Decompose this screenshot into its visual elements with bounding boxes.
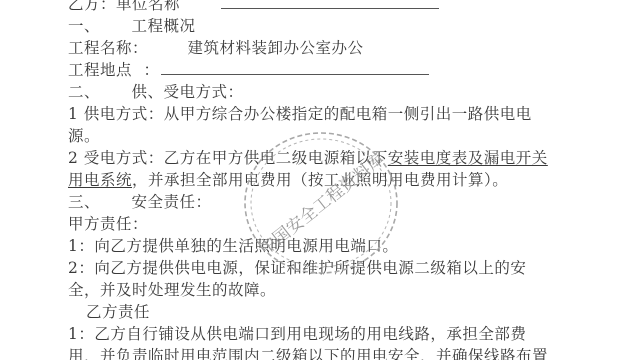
supply-method-line2: 源。 <box>68 126 100 146</box>
section1-heading: 一、 工程概况 <box>68 16 195 36</box>
party-a-resp-title: 甲方责任： <box>68 214 148 234</box>
project-location-label: 工程地点 <box>68 61 132 79</box>
section1-number: 一、 <box>68 17 100 35</box>
party-b-unit-label: 乙方：单位名称 <box>68 0 180 13</box>
receive-method-text: 2 受电方式：乙方在甲方供电二级电源箱以下 <box>68 149 388 167</box>
receive-method-cost-text: ，并承担全部用电费用（按工业照明用电费用计算）。 <box>132 171 508 189</box>
section2-heading: 二、 供、受电方式： <box>68 82 243 102</box>
project-name-label: 工程名称： <box>68 39 148 57</box>
section2-number: 二、 <box>68 83 100 101</box>
section3-heading: 三、 安全责任： <box>68 192 211 212</box>
project-name-value: 建筑材料装卸办公室办公 <box>187 39 363 57</box>
party-b-unit-line: 乙方：单位名称 <box>68 0 439 14</box>
project-location-line: 工程地点 ： <box>68 60 429 80</box>
receive-method-underlined-text: 安装电度表及漏电开关 <box>388 149 548 167</box>
party-b-resp-item1-line2: 用，并负责临时用电范围内二级箱以下的用电安全，并确保线路布置 <box>68 346 548 360</box>
receive-method-line2: 用电系统，并承担全部用电费用（按工业照明用电费用计算）。 <box>68 170 508 190</box>
receive-method-line1: 2 受电方式：乙方在甲方供电二级电源箱以下安装电度表及漏电开关 <box>68 148 548 168</box>
party-b-resp-title: 乙方责任 <box>86 302 150 322</box>
party-b-unit-blank <box>221 7 439 9</box>
project-location-blank <box>161 73 429 75</box>
project-location-colon: ： <box>143 61 159 79</box>
section2-title: 供、受电方式： <box>131 83 243 101</box>
receive-method-underlined-system: 用电系统 <box>68 171 132 189</box>
party-a-resp-item2-line2: 全，并及时处理发生的故障。 <box>68 280 276 300</box>
project-name-line: 工程名称： 建筑材料装卸办公室办公 <box>68 38 363 58</box>
supply-method-line1: 1 供电方式：从甲方综合办公楼指定的配电箱一侧引出一路供电电 <box>68 104 532 124</box>
section1-title: 工程概况 <box>131 17 195 35</box>
section3-number: 三、 <box>68 193 100 211</box>
party-a-resp-item2-line1: 2：向乙方提供供电电源，保证和维护所提供电源二级箱以上的安 <box>68 258 526 278</box>
section3-title: 安全责任： <box>131 193 211 211</box>
document-page: 乙方：单位名称 一、 工程概况 工程名称： 建筑材料装卸办公室办公 工程地点 ：… <box>0 0 640 360</box>
party-b-resp-item1-line1: 1：乙方自行铺设从供电端口到用电现场的用电线路，承担全部费 <box>68 324 526 344</box>
party-a-resp-item1: 1：向乙方提供单独的生活照明电源用电端口。 <box>68 236 398 256</box>
